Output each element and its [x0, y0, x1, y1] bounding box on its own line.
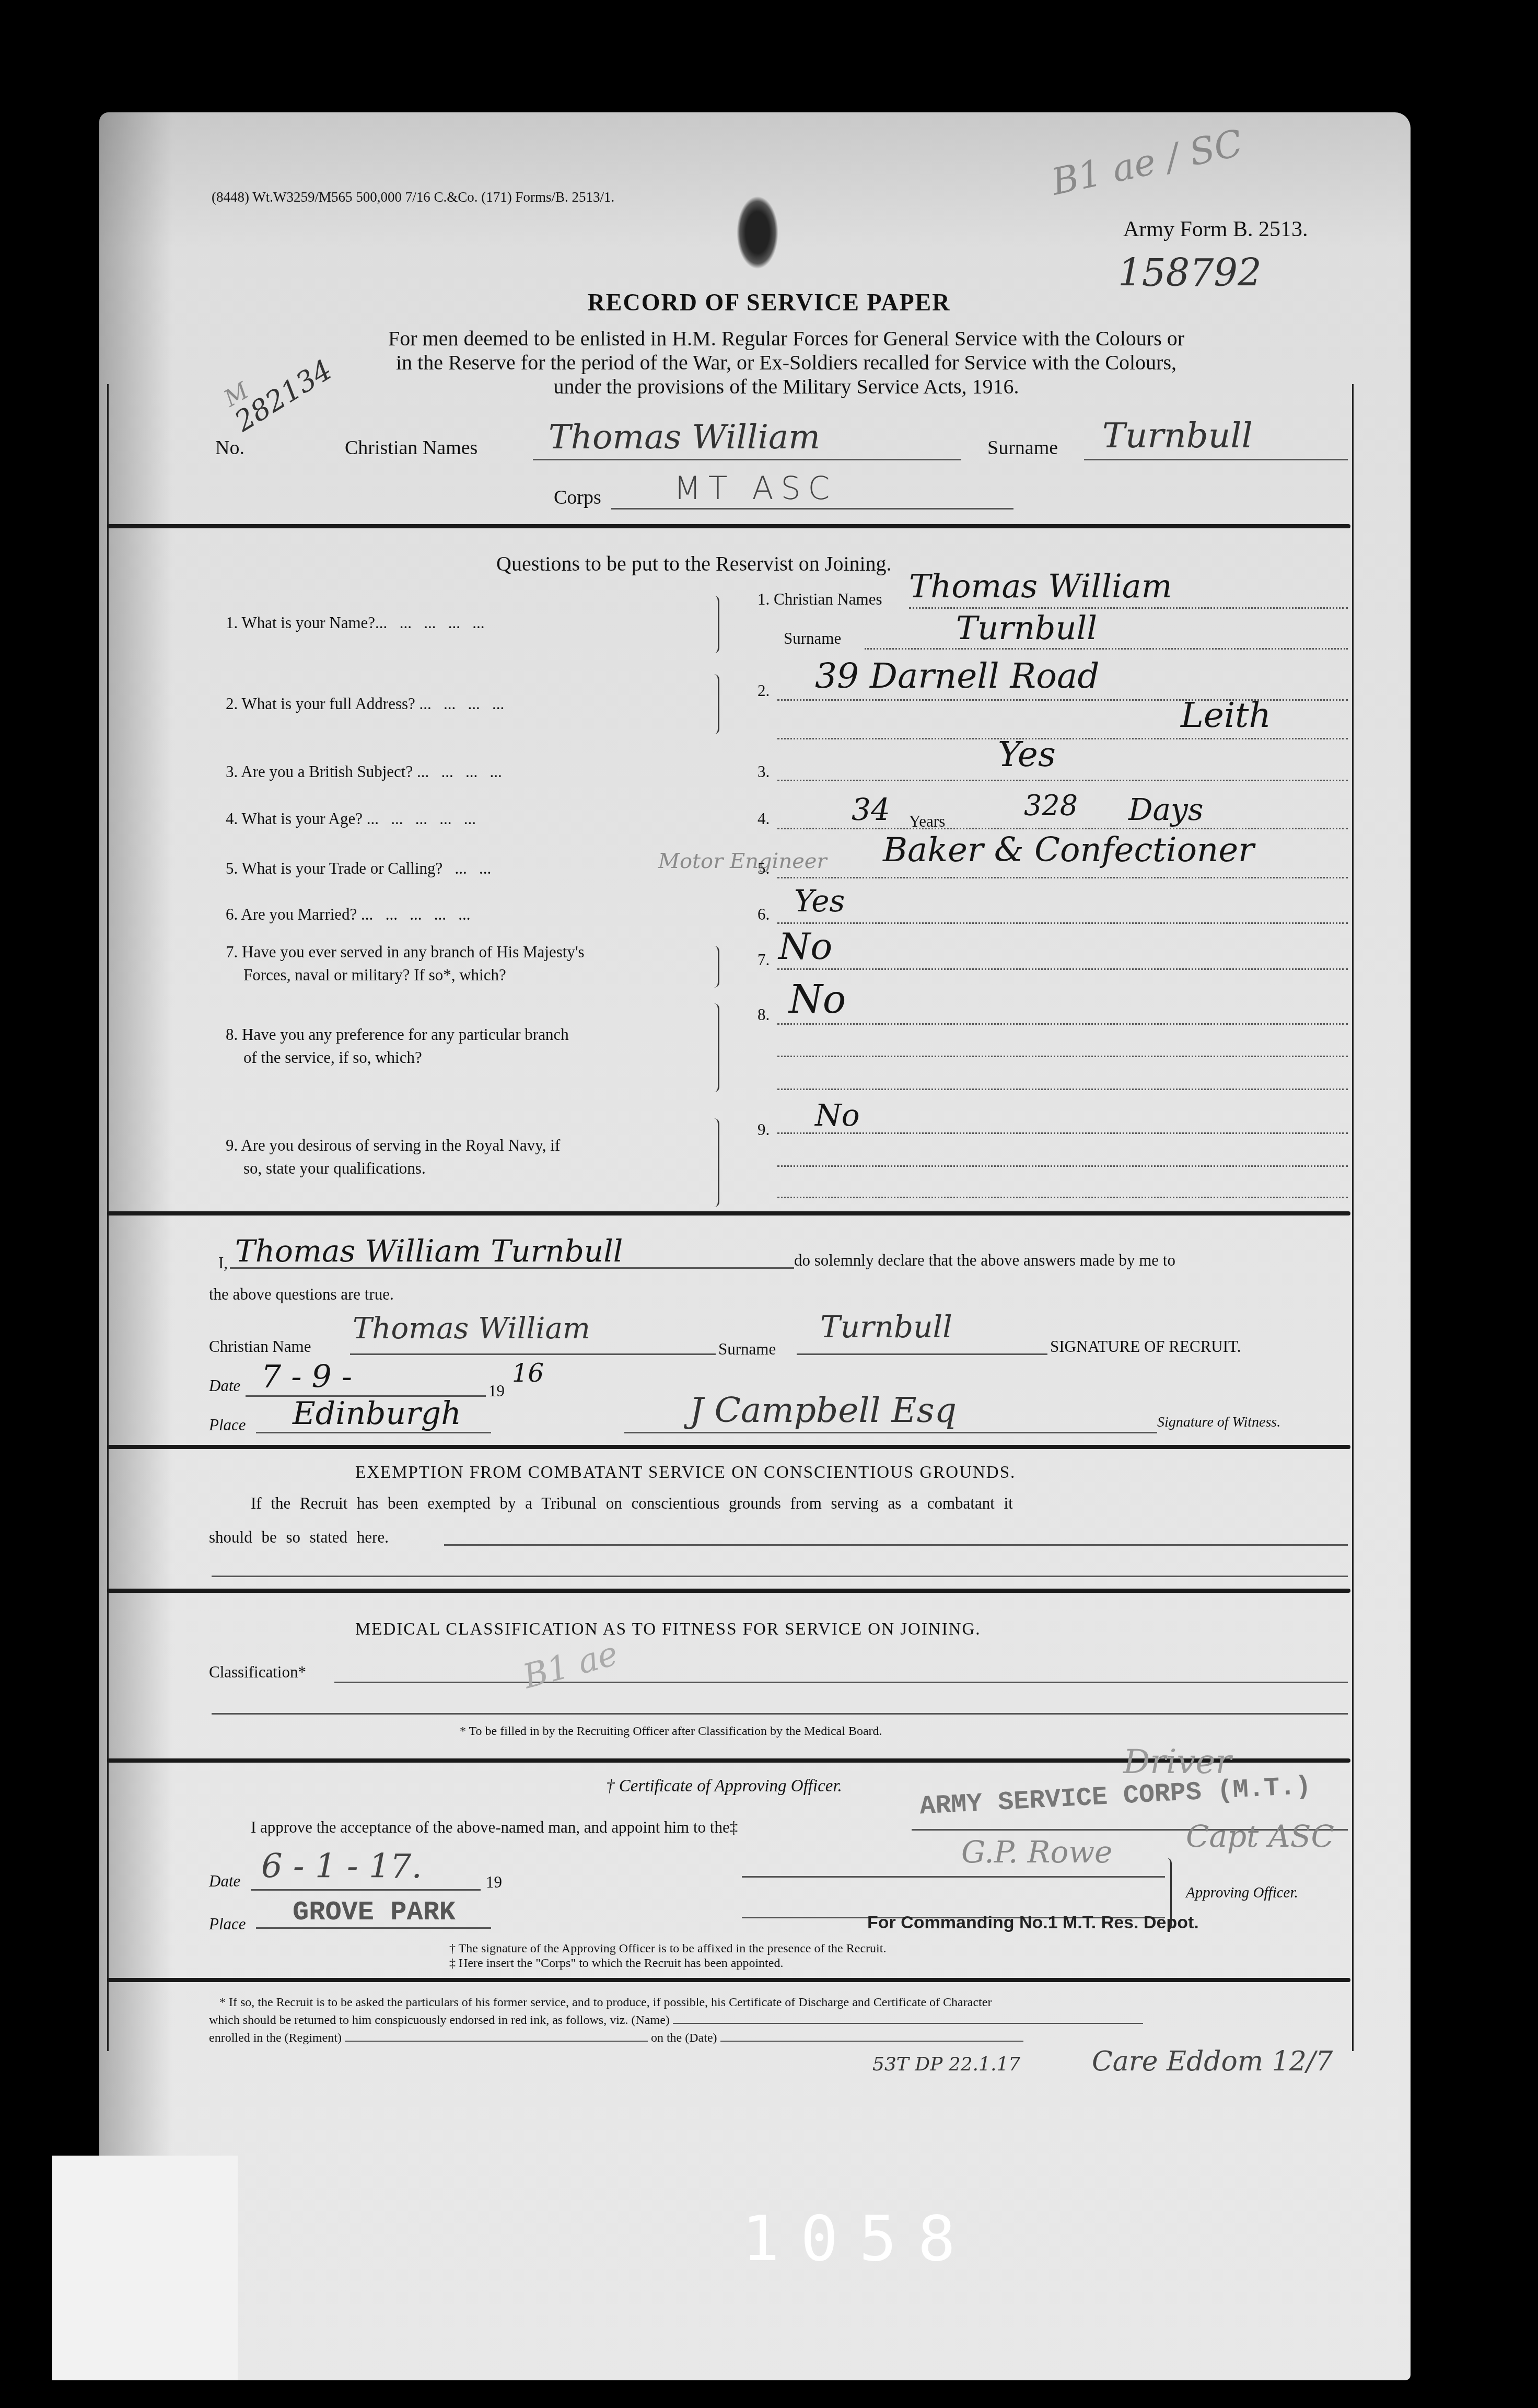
divider	[107, 1445, 1350, 1449]
answer-line	[777, 922, 1348, 924]
answer-line	[777, 738, 1348, 739]
exemption-heading: EXEMPTION FROM COMBATANT SERVICE ON CONS…	[355, 1463, 1016, 1483]
questions-heading: Questions to be put to the Reservist on …	[496, 551, 892, 576]
branch-preference-value[interactable]: No	[789, 977, 846, 1022]
approving-officer-label: Approving Officer.	[1186, 1881, 1298, 1904]
divider	[107, 1589, 1350, 1593]
officer-signature[interactable]: G.P. Rowe	[961, 1834, 1112, 1870]
date-line	[251, 1889, 481, 1891]
christian-names-line	[533, 459, 961, 460]
declaration-place-label: Place	[209, 1414, 246, 1437]
answer-line	[777, 828, 1348, 829]
age-days-value[interactable]: 328	[1024, 789, 1078, 822]
form-number: Army Form B. 2513.	[1123, 217, 1308, 242]
answer-line	[865, 648, 1348, 650]
witness-signature[interactable]: J Campbell Esq	[690, 1390, 957, 1430]
year-prefix: 19	[488, 1380, 505, 1403]
declaration-text-2: the above questions are true.	[209, 1283, 394, 1306]
brace	[712, 596, 719, 653]
exemption-text: If the Recruit has been exempted by a Tr…	[251, 1492, 1013, 1515]
declaration-text: do solemnly declare that the above answe…	[794, 1249, 1175, 1272]
divider	[107, 524, 1350, 528]
corps-label: Corps	[554, 486, 601, 509]
recruit-surname[interactable]: Turnbull	[820, 1309, 952, 1345]
trade-value[interactable]: Baker & Confectioner	[883, 831, 1254, 870]
answer-line	[777, 1089, 1348, 1090]
q3-number: 3.	[758, 760, 770, 783]
declaration-date-label: Date	[209, 1374, 240, 1397]
trade-note: Motor Engineer	[658, 849, 827, 873]
name-line	[673, 2023, 1143, 2024]
medical-footnote: * To be filled in by the Recruiting Offi…	[460, 1724, 882, 1739]
brace	[712, 1118, 719, 1207]
exemption-line	[444, 1544, 1348, 1546]
no-label: No.	[215, 436, 244, 459]
corps-value[interactable]: MT ASC	[674, 470, 837, 507]
classification-label: Classification*	[209, 1661, 306, 1684]
recruit-christian-name[interactable]: Thomas William	[353, 1312, 590, 1346]
q1-christian-label: 1. Christian Names	[758, 588, 882, 611]
former-service-note: * If so, the Recruit is to be asked the …	[209, 1994, 1348, 2047]
year-suffix[interactable]: 16	[512, 1359, 544, 1388]
signature-line	[350, 1353, 716, 1355]
classification-line	[212, 1713, 1348, 1715]
year-prefix: 19	[486, 1871, 502, 1894]
british-subject-value[interactable]: Yes	[998, 734, 1056, 774]
question-7: 7. Have you ever served in any branch of…	[226, 941, 585, 987]
place-line	[256, 1432, 491, 1433]
q1-surname-label: Surname	[784, 627, 841, 650]
question-4: 4. What is your Age? ... ... ... ... ...	[226, 807, 476, 830]
classification-line	[334, 1682, 1348, 1683]
commanding-stamp: For Commanding No.1 M.T. Res. Depot.	[867, 1913, 1199, 1933]
age-years-value[interactable]: 34	[852, 792, 890, 827]
footnote: † The signature of the Approving Officer…	[449, 1941, 886, 1956]
signature-line	[742, 1876, 1165, 1878]
witness-line	[624, 1432, 1157, 1433]
q7-number: 7.	[758, 948, 770, 971]
royal-coat-of-arms-icon	[737, 196, 778, 269]
recruit-christian-name-label: Christian Name	[209, 1335, 311, 1358]
question-9: 9. Are you desirous of serving in the Ro…	[226, 1134, 560, 1180]
recruit-surname-label: Surname	[718, 1338, 776, 1361]
corps-note: Driver	[1123, 1743, 1231, 1781]
days-label: Days	[1128, 792, 1204, 827]
q4-number: 4.	[758, 807, 770, 830]
exemption-text-2: should be so stated here.	[209, 1526, 389, 1549]
q1-christian-value[interactable]: Thomas William	[909, 567, 1172, 605]
declarant-name[interactable]: Thomas William Turnbull	[235, 1233, 623, 1269]
footnote: ‡ Here insert the "Corps" to which the R…	[449, 1956, 886, 1971]
divider	[107, 1211, 1350, 1215]
q9-number: 9.	[758, 1118, 770, 1141]
certificate-heading: † Certificate of Approving Officer.	[606, 1777, 842, 1796]
answer-line	[777, 877, 1348, 878]
address-line-1[interactable]: 39 Darnell Road	[815, 656, 1100, 696]
answer-line	[777, 1056, 1348, 1057]
signature-line	[797, 1353, 1047, 1355]
certificate-text: I approve the acceptance of the above-na…	[251, 1816, 738, 1839]
q2-number: 2.	[758, 679, 770, 702]
witness-label: Signature of Witness.	[1157, 1411, 1280, 1434]
exemption-line	[212, 1576, 1348, 1577]
bottom-left-annotation: 53T DP 22.1.17	[872, 2054, 1020, 2075]
divider	[107, 1978, 1350, 1982]
question-6: 6. Are you Married? ... ... ... ... ...	[226, 903, 470, 926]
brace	[712, 946, 719, 988]
surname-line	[1084, 459, 1348, 460]
answer-line	[777, 1132, 1348, 1134]
q1-surname-value[interactable]: Turnbull	[956, 609, 1097, 647]
answer-line	[777, 968, 1348, 970]
medical-heading: MEDICAL CLASSIFICATION AS TO FITNESS FOR…	[355, 1620, 981, 1639]
answer-line	[777, 1165, 1348, 1167]
q5-number: 5.	[758, 857, 770, 880]
years-label: Years	[909, 810, 945, 833]
page-title: RECORD OF SERVICE PAPER	[0, 288, 1538, 316]
declaration-place[interactable]: Edinburgh	[293, 1395, 461, 1432]
declaration-date[interactable]: 7 - 9 -	[261, 1359, 352, 1395]
declaration-prefix: I,	[218, 1252, 228, 1275]
white-card	[52, 2156, 238, 2380]
christian-names-label: Christian Names	[345, 436, 477, 459]
brace	[712, 674, 719, 734]
surname-label: Surname	[987, 436, 1058, 459]
question-2: 2. What is your full Address? ... ... ..…	[226, 692, 504, 715]
answer-line	[777, 780, 1348, 781]
signature-of-recruit-label: SIGNATURE OF RECRUIT.	[1050, 1335, 1241, 1358]
brace	[712, 1003, 719, 1092]
question-3: 3. Are you a British Subject? ... ... ..…	[226, 760, 502, 783]
prior-service-value[interactable]: No	[778, 925, 832, 968]
place-stamp: GROVE PARK	[293, 1897, 456, 1928]
married-value[interactable]: Yes	[794, 883, 845, 919]
q8-number: 8.	[758, 1003, 770, 1026]
christian-names-value[interactable]: Thomas William	[549, 418, 820, 457]
question-8: 8. Have you any preference for any parti…	[226, 1023, 569, 1069]
certificate-place-label: Place	[209, 1913, 246, 1936]
address-line-2[interactable]: Leith	[1181, 695, 1271, 735]
q6-number: 6.	[758, 903, 770, 926]
bottom-right-annotation: Care Eddom 12/7	[1092, 2046, 1333, 2077]
certificate-date-label: Date	[209, 1870, 240, 1893]
subtitle-line: For men deemed to be enlisted in H.M. Re…	[225, 327, 1348, 351]
officer-rank[interactable]: Capt ASC	[1186, 1819, 1334, 1854]
date-line	[720, 2041, 1023, 2042]
regiment-line	[345, 2041, 648, 2042]
subtitle-line: in the Reserve for the period of the War…	[225, 351, 1348, 375]
corps-line	[611, 508, 1013, 510]
surname-value[interactable]: Turnbull	[1102, 415, 1253, 456]
question-1: 1. What is your Name?... ... ... ... ...	[226, 611, 484, 634]
answer-line	[777, 1023, 1348, 1025]
question-5: 5. What is your Trade or Calling? ... ..…	[226, 857, 491, 880]
answer-line	[777, 1197, 1348, 1198]
printer-line: (8448) Wt.W3259/M565 500,000 7/16 C.&Co.…	[212, 189, 614, 205]
certificate-date[interactable]: 6 - 1 - 17.	[261, 1847, 422, 1886]
frame-number: 1058	[742, 2203, 976, 2275]
royal-navy-value[interactable]: No	[815, 1097, 860, 1133]
certificate-footnotes: † The signature of the Approving Officer…	[449, 1941, 886, 1971]
